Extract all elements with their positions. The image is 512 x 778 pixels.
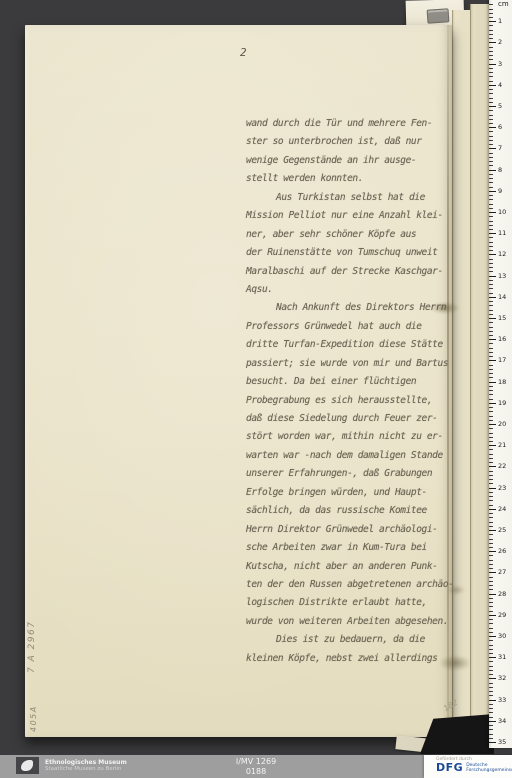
ruler-major-tick xyxy=(489,318,496,319)
ruler-minor-tick xyxy=(489,534,493,535)
text-line: Professors Grünwedel hat auch die xyxy=(246,318,461,336)
ruler-minor-tick xyxy=(489,25,493,26)
ruler-minor-tick xyxy=(489,242,493,243)
ruler-minor-tick xyxy=(489,377,493,378)
ruler-minor-tick xyxy=(489,577,493,578)
ruler-minor-tick xyxy=(489,13,493,14)
ruler-major-tick xyxy=(489,382,496,383)
ruler-minor-tick xyxy=(489,136,493,137)
text-line: unserer Erfahrungen-, daß Grabungen xyxy=(246,465,461,483)
ruler-minor-tick xyxy=(489,250,493,251)
ruler-minor-tick xyxy=(489,386,493,387)
ruler-minor-tick xyxy=(489,670,493,671)
ruler-minor-tick xyxy=(489,72,493,73)
ruler-major-tick xyxy=(489,297,496,298)
paper-damage-mark xyxy=(430,302,460,314)
ruler-major-tick xyxy=(489,657,496,658)
ruler-minor-tick xyxy=(489,157,493,158)
ruler-major-tick xyxy=(489,233,496,234)
ruler-minor-tick xyxy=(489,259,493,260)
ruler-minor-tick xyxy=(489,695,493,696)
ruler-minor-tick xyxy=(489,199,493,200)
ruler-minor-tick xyxy=(489,471,493,472)
ruler-minor-tick xyxy=(489,237,493,238)
ruler-minor-tick xyxy=(489,564,493,565)
ruler-minor-tick xyxy=(489,204,493,205)
ruler-minor-tick xyxy=(489,4,493,5)
ruler-minor-tick xyxy=(489,543,493,544)
ruler-cm-number: 26 xyxy=(498,548,511,554)
ruler-minor-tick xyxy=(489,153,493,154)
pencil-annotation-inventory: 7 A 2967 xyxy=(27,603,37,673)
text-line: daß diese Siedelung durch Feuer zer- xyxy=(246,410,461,428)
ruler-minor-tick xyxy=(489,195,493,196)
text-line: wurde von weiteren Arbeiten abgesehen. xyxy=(246,613,461,631)
ruler-minor-tick xyxy=(489,119,493,120)
ruler-cm-number: 21 xyxy=(498,442,511,448)
ruler-major-tick xyxy=(489,360,496,361)
ruler-cm-number: 25 xyxy=(498,527,511,533)
ruler-minor-tick xyxy=(489,687,493,688)
ruler-minor-tick xyxy=(489,555,493,556)
ruler-minor-tick xyxy=(489,89,493,90)
ruler-minor-tick xyxy=(489,611,493,612)
ruler-minor-tick xyxy=(489,394,493,395)
ruler-cm-number: 13 xyxy=(498,273,511,279)
text-line: wenige Gegenstände an ihr ausge- xyxy=(246,152,461,170)
typewriter-text: wand durch die Tür und mehrere Fen-ster … xyxy=(246,115,461,668)
ruler-minor-tick xyxy=(489,115,493,116)
ruler-minor-tick xyxy=(489,322,493,323)
ruler-cm-number: 30 xyxy=(498,633,511,639)
ruler-major-tick xyxy=(489,106,496,107)
ruler-major-tick xyxy=(489,424,496,425)
ruler-minor-tick xyxy=(489,187,493,188)
ruler-minor-tick xyxy=(489,589,493,590)
ruler-minor-tick xyxy=(489,704,493,705)
ruler-cm-number: 32 xyxy=(498,675,511,681)
ruler-minor-tick xyxy=(489,632,493,633)
ruler-minor-tick xyxy=(489,433,493,434)
ruler-major-tick xyxy=(489,339,496,340)
text-line: Herrn Direktor Grünwedel archäologi- xyxy=(246,521,461,539)
ruler-cm-number: 10 xyxy=(498,209,511,215)
ruler-cm-number: 24 xyxy=(498,506,511,512)
ruler-major-tick xyxy=(489,21,496,22)
ruler-major-tick xyxy=(489,212,496,213)
ruler-minor-tick xyxy=(489,51,493,52)
ruler-major-tick xyxy=(489,615,496,616)
text-line: warten war -nach dem damaligen Stande xyxy=(246,447,461,465)
ruler-minor-tick xyxy=(489,674,493,675)
ruler-minor-tick xyxy=(489,267,493,268)
ruler-minor-tick xyxy=(489,653,493,654)
ruler-minor-tick xyxy=(489,178,493,179)
ruler-minor-tick xyxy=(489,98,493,99)
ruler-minor-tick xyxy=(489,327,493,328)
ruler-cm-number: 15 xyxy=(498,315,511,321)
ruler-minor-tick xyxy=(489,280,493,281)
ruler-major-tick xyxy=(489,636,496,637)
ruler-minor-tick xyxy=(489,221,493,222)
document-page: 2 wand durch die Tür und mehrere Fen-ste… xyxy=(25,25,452,737)
ruler-minor-tick xyxy=(489,305,493,306)
ruler-minor-tick xyxy=(489,343,493,344)
text-line: besucht. Da bei einer flüchtigen xyxy=(246,373,461,391)
ruler-minor-tick xyxy=(489,717,493,718)
ruler-major-tick xyxy=(489,170,496,171)
ruler-minor-tick xyxy=(489,666,493,667)
ruler-minor-tick xyxy=(489,420,493,421)
ruler-cm-number: 33 xyxy=(498,697,511,703)
ruler-minor-tick xyxy=(489,729,493,730)
ruler-minor-tick xyxy=(489,645,493,646)
ruler-minor-tick xyxy=(489,691,493,692)
ruler-unit-label: cm xyxy=(498,0,509,8)
ruler-minor-tick xyxy=(489,390,493,391)
ruler-minor-tick xyxy=(489,581,493,582)
paper-damage-mark xyxy=(447,585,465,595)
ruler-minor-tick xyxy=(489,513,493,514)
ruler-minor-tick xyxy=(489,683,493,684)
ruler-minor-tick xyxy=(489,437,493,438)
ruler: cm 1234567891011121314151617181920212223… xyxy=(489,0,512,748)
ruler-cm-number: 1 xyxy=(498,18,511,24)
ruler-minor-tick xyxy=(489,640,493,641)
ruler-minor-tick xyxy=(489,38,493,39)
ruler-major-tick xyxy=(489,276,496,277)
ruler-major-tick xyxy=(489,594,496,595)
ruler-minor-tick xyxy=(489,76,493,77)
ruler-minor-tick xyxy=(489,458,493,459)
ruler-minor-tick xyxy=(489,369,493,370)
ruler-cm-number: 4 xyxy=(498,82,511,88)
ruler-cm-number: 11 xyxy=(498,230,511,236)
ruler-cm-number: 3 xyxy=(498,61,511,67)
ruler-cm-number: 12 xyxy=(498,251,511,257)
ruler-minor-tick xyxy=(489,449,493,450)
ruler-cm-number: 6 xyxy=(498,124,511,130)
ruler-minor-tick xyxy=(489,348,493,349)
ruler-minor-tick xyxy=(489,81,493,82)
paper-damage-mark xyxy=(439,655,471,671)
ruler-minor-tick xyxy=(489,271,493,272)
ruler-major-tick xyxy=(489,551,496,552)
dfg-full-name: Deutsche Forschungsgemeinschaft xyxy=(466,763,512,773)
paper-clip-icon xyxy=(427,8,450,24)
text-line: Dies ist zu bedauern, da die xyxy=(246,631,461,649)
ruler-minor-tick xyxy=(489,30,493,31)
text-line: ner, aber sehr schöner Köpfe aus xyxy=(246,226,461,244)
ruler-cm-number: 14 xyxy=(498,294,511,300)
dfg-logo: DFG xyxy=(436,762,463,773)
ruler-minor-tick xyxy=(489,174,493,175)
ruler-minor-tick xyxy=(489,568,493,569)
ruler-minor-tick xyxy=(489,182,493,183)
ruler-minor-tick xyxy=(489,585,493,586)
ruler-minor-tick xyxy=(489,208,493,209)
ruler-major-tick xyxy=(489,466,496,467)
ruler-minor-tick xyxy=(489,9,493,10)
text-line: Mission Pelliot nur eine Anzahl klei- xyxy=(246,207,461,225)
pencil-annotation-lower: 405A xyxy=(29,698,38,732)
text-line: logischen Distrikte erlaubt hatte, xyxy=(246,594,461,612)
ruler-minor-tick xyxy=(489,331,493,332)
ruler-minor-tick xyxy=(489,628,493,629)
ruler-minor-tick xyxy=(489,55,493,56)
ruler-minor-tick xyxy=(489,411,493,412)
ruler-cm-number: 20 xyxy=(498,421,511,427)
page-number: 2 xyxy=(240,46,247,59)
ruler-cm-number: 8 xyxy=(498,167,511,173)
ruler-major-tick xyxy=(489,530,496,531)
ruler-minor-tick xyxy=(489,161,493,162)
text-line: wand durch die Tür und mehrere Fen- xyxy=(246,115,461,133)
text-line: Probegrabung es sich herausstellte, xyxy=(246,392,461,410)
ruler-minor-tick xyxy=(489,229,493,230)
ruler-minor-tick xyxy=(489,598,493,599)
ruler-minor-tick xyxy=(489,407,493,408)
text-line: stellt werden konnten. xyxy=(246,170,461,188)
ruler-minor-tick xyxy=(489,738,493,739)
ruler-cm-number: 2 xyxy=(498,39,511,45)
ruler-minor-tick xyxy=(489,59,493,60)
ruler-minor-tick xyxy=(489,475,493,476)
ruler-minor-tick xyxy=(489,93,493,94)
ruler-major-tick xyxy=(489,721,496,722)
ruler-minor-tick xyxy=(489,505,493,506)
ruler-minor-tick xyxy=(489,288,493,289)
ruler-minor-tick xyxy=(489,428,493,429)
ruler-minor-tick xyxy=(489,441,493,442)
text-line: ten der den Russen abgetretenen archäo- xyxy=(246,576,461,594)
ruler-major-tick xyxy=(489,127,496,128)
ruler-major-tick xyxy=(489,403,496,404)
dfg-logo-box: Gefördert durch DFG Deutsche Forschungsg… xyxy=(424,755,512,778)
ruler-minor-tick xyxy=(489,102,493,103)
ruler-major-tick xyxy=(489,85,496,86)
ruler-minor-tick xyxy=(489,479,493,480)
ruler-minor-tick xyxy=(489,352,493,353)
ruler-major-tick xyxy=(489,678,496,679)
ruler-cm-number: 9 xyxy=(498,188,511,194)
ruler-minor-tick xyxy=(489,225,493,226)
ruler-minor-tick xyxy=(489,356,493,357)
ruler-minor-tick xyxy=(489,140,493,141)
ruler-minor-tick xyxy=(489,310,493,311)
ruler-major-tick xyxy=(489,700,496,701)
ruler-minor-tick xyxy=(489,623,493,624)
text-line: Aqsu. xyxy=(246,281,461,299)
ruler-minor-tick xyxy=(489,517,493,518)
footer-bar: Ethnologisches Museum Staatliche Museen … xyxy=(0,755,512,778)
ruler-minor-tick xyxy=(489,560,493,561)
ruler-minor-tick xyxy=(489,454,493,455)
ruler-minor-tick xyxy=(489,47,493,48)
scan-viewport: 2 wand durch die Tür und mehrere Fen-ste… xyxy=(0,0,512,778)
ruler-minor-tick xyxy=(489,483,493,484)
ruler-minor-tick xyxy=(489,496,493,497)
text-line: der Ruinenstätte von Tumschuq unweit xyxy=(246,244,461,262)
text-line: ster so unterbrochen ist, daß nur xyxy=(246,133,461,151)
text-line: Aus Turkistan selbst hat die xyxy=(246,189,461,207)
ruler-major-tick xyxy=(489,64,496,65)
ruler-minor-tick xyxy=(489,712,493,713)
ruler-cm-number: 28 xyxy=(498,591,511,597)
text-line: passiert; sie wurde von mir und Bartus xyxy=(246,355,461,373)
ruler-minor-tick xyxy=(489,314,493,315)
ruler-minor-tick xyxy=(489,110,493,111)
text-line: Kutscha, nicht aber an anderen Punk- xyxy=(246,558,461,576)
ruler-major-tick xyxy=(489,509,496,510)
ruler-minor-tick xyxy=(489,131,493,132)
ruler-cm-number: 29 xyxy=(498,612,511,618)
ruler-minor-tick xyxy=(489,526,493,527)
ruler-minor-tick xyxy=(489,708,493,709)
ruler-cm-number: 5 xyxy=(498,103,511,109)
ruler-minor-tick xyxy=(489,649,493,650)
ruler-major-tick xyxy=(489,191,496,192)
text-line: sächlich, da das russische Komitee xyxy=(246,502,461,520)
ruler-cm-number: 27 xyxy=(498,569,511,575)
ruler-minor-tick xyxy=(489,123,493,124)
ruler-major-tick xyxy=(489,148,496,149)
ruler-minor-tick xyxy=(489,293,493,294)
ruler-minor-tick xyxy=(489,263,493,264)
text-line: dritte Turfan-Expedition diese Stätte xyxy=(246,336,461,354)
ruler-minor-tick xyxy=(489,246,493,247)
ruler-minor-tick xyxy=(489,335,493,336)
ruler-minor-tick xyxy=(489,301,493,302)
ruler-minor-tick xyxy=(489,399,493,400)
ruler-cm-number: 31 xyxy=(498,654,511,660)
ruler-cm-number: 7 xyxy=(498,145,511,151)
text-line: Erfolge bringen würden, und Haupt- xyxy=(246,484,461,502)
ruler-minor-tick xyxy=(489,522,493,523)
ruler-cm-number: 35 xyxy=(498,739,511,745)
ruler-minor-tick xyxy=(489,500,493,501)
ruler-major-tick xyxy=(489,42,496,43)
ruler-major-tick xyxy=(489,742,496,743)
ruler-minor-tick xyxy=(489,373,493,374)
ruler-minor-tick xyxy=(489,365,493,366)
ruler-major-tick xyxy=(489,254,496,255)
ruler-major-tick xyxy=(489,572,496,573)
ruler-minor-tick xyxy=(489,619,493,620)
ruler-minor-tick xyxy=(489,734,493,735)
ruler-cm-number: 19 xyxy=(498,400,511,406)
text-line: stört worden war, mithin nicht zu er- xyxy=(246,428,461,446)
text-line: Maralbaschi auf der Strecke Kaschgar- xyxy=(246,263,461,281)
ruler-minor-tick xyxy=(489,17,493,18)
ruler-cm-number: 18 xyxy=(498,379,511,385)
ruler-cm-number: 17 xyxy=(498,357,511,363)
ruler-minor-tick xyxy=(489,416,493,417)
ruler-minor-tick xyxy=(489,539,493,540)
ruler-major-tick xyxy=(489,488,496,489)
ruler-cm-number: 22 xyxy=(498,463,511,469)
text-line: Nach Ankunft des Direktors Herrn xyxy=(246,299,461,317)
ruler-minor-tick xyxy=(489,144,493,145)
ruler-minor-tick xyxy=(489,547,493,548)
ruler-minor-tick xyxy=(489,34,493,35)
text-line: kleinen Köpfe, nebst zwei allerdings xyxy=(246,650,461,668)
ruler-minor-tick xyxy=(489,216,493,217)
ruler-minor-tick xyxy=(489,492,493,493)
ruler-minor-tick xyxy=(489,661,493,662)
ruler-minor-tick xyxy=(489,165,493,166)
ruler-cm-number: 23 xyxy=(498,485,511,491)
ruler-cm-number: 34 xyxy=(498,718,511,724)
ruler-minor-tick xyxy=(489,606,493,607)
ruler-minor-tick xyxy=(489,602,493,603)
ruler-minor-tick xyxy=(489,725,493,726)
ruler-major-tick xyxy=(489,445,496,446)
ruler-cm-number: 16 xyxy=(498,336,511,342)
ruler-minor-tick xyxy=(489,462,493,463)
text-line: sche Arbeiten zwar in Kum-Tura bei xyxy=(246,539,461,557)
ruler-minor-tick xyxy=(489,68,493,69)
ruler-minor-tick xyxy=(489,284,493,285)
